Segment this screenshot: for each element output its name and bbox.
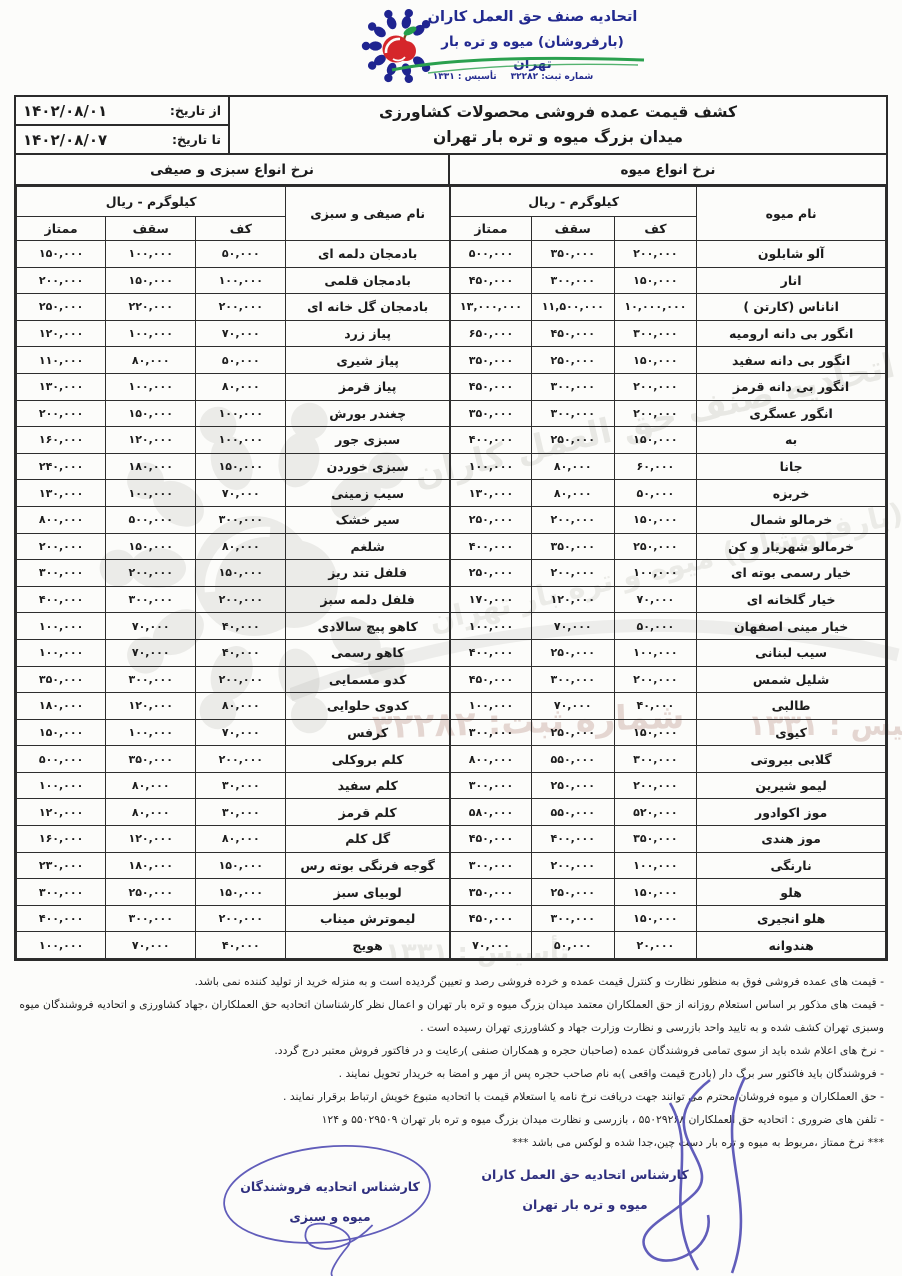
footnote-line: - قیمت های عمده فروشی فوق به منظور نظارت… bbox=[16, 970, 884, 993]
premium-price-cell: ۳۰۰,۰۰۰ bbox=[451, 719, 532, 746]
ceiling-price-cell: ۵۵۰,۰۰۰ bbox=[531, 746, 614, 773]
floor-price-cell: ۲۰۰,۰۰۰ bbox=[196, 294, 286, 321]
product-name-cell: هندوانه bbox=[697, 932, 886, 959]
document-frame: کشف قیمت عمده فروشی محصولات کشاورزی میدا… bbox=[14, 95, 888, 961]
ceiling-price-cell: ۲۵۰,۰۰۰ bbox=[106, 879, 196, 906]
ceiling-price-cell: ۸۰,۰۰۰ bbox=[106, 772, 196, 799]
table-row: کلم سفید۳۰,۰۰۰۸۰,۰۰۰۱۰۰,۰۰۰ bbox=[17, 772, 450, 799]
premium-price-cell: ۱۰۰,۰۰۰ bbox=[451, 453, 532, 480]
ceiling-price-cell: ۱۰۰,۰۰۰ bbox=[106, 480, 196, 507]
ceiling-price-cell: ۱۵۰,۰۰۰ bbox=[106, 267, 196, 294]
product-name-cell: فلفل دلمه سبز bbox=[286, 586, 450, 613]
table-row: بادمجان دلمه ای۵۰,۰۰۰۱۰۰,۰۰۰۱۵۰,۰۰۰ bbox=[17, 241, 450, 268]
letterhead: اتحادیه صنف حق العمل کاران (بارفروشان) م… bbox=[0, 0, 902, 95]
table-row: انار۱۵۰,۰۰۰۳۰۰,۰۰۰۴۵۰,۰۰۰ bbox=[451, 267, 886, 294]
premium-price-cell: ۱۳۰,۰۰۰ bbox=[17, 480, 106, 507]
fruit-floor-header: کف bbox=[614, 217, 697, 241]
floor-price-cell: ۱۵۰,۰۰۰ bbox=[196, 879, 286, 906]
table-row: چغندر بورش۱۰۰,۰۰۰۱۵۰,۰۰۰۲۰۰,۰۰۰ bbox=[17, 400, 450, 427]
floor-price-cell: ۲۰۰,۰۰۰ bbox=[614, 373, 697, 400]
footnote-line: - قیمت های مذکور بر اساس استعلام روزانه … bbox=[16, 993, 884, 1039]
premium-price-cell: ۱۳۰,۰۰۰ bbox=[17, 373, 106, 400]
ceiling-price-cell: ۱۵۰,۰۰۰ bbox=[106, 533, 196, 560]
ceiling-price-cell: ۴۵۰,۰۰۰ bbox=[531, 320, 614, 347]
premium-price-cell: ۸۰۰,۰۰۰ bbox=[451, 746, 532, 773]
premium-price-cell: ۳۵۰,۰۰۰ bbox=[451, 400, 532, 427]
section-header-row: نرخ انواع میوه نرخ انواع سبزی و صیفی bbox=[16, 155, 886, 186]
table-row: فلفل تند ریز۱۵۰,۰۰۰۲۰۰,۰۰۰۳۰۰,۰۰۰ bbox=[17, 560, 450, 587]
floor-price-cell: ۲۰۰,۰۰۰ bbox=[614, 241, 697, 268]
floor-price-cell: ۲۵۰,۰۰۰ bbox=[614, 533, 697, 560]
floor-price-cell: ۸۰,۰۰۰ bbox=[196, 826, 286, 853]
product-name-cell: کلم سفید bbox=[286, 772, 450, 799]
ceiling-price-cell: ۱۲۰,۰۰۰ bbox=[106, 826, 196, 853]
title-block: کشف قیمت عمده فروشی محصولات کشاورزی میدا… bbox=[16, 97, 886, 155]
floor-price-cell: ۷۰,۰۰۰ bbox=[196, 480, 286, 507]
floor-price-cell: ۱۰۰,۰۰۰ bbox=[614, 852, 697, 879]
premium-price-cell: ۱۵۰,۰۰۰ bbox=[17, 241, 106, 268]
product-name-cell: هویج bbox=[286, 932, 450, 959]
product-name-cell: لیمو شیرین bbox=[697, 772, 886, 799]
table-row: گلابی بیروتی۳۰۰,۰۰۰۵۵۰,۰۰۰۸۰۰,۰۰۰ bbox=[451, 746, 886, 773]
product-name-cell: خیار رسمی بوته ای bbox=[697, 560, 886, 587]
premium-price-cell: ۲۰۰,۰۰۰ bbox=[17, 267, 106, 294]
premium-price-cell: ۱۰۰,۰۰۰ bbox=[17, 772, 106, 799]
product-name-cell: اناناس (کارتن ) bbox=[697, 294, 886, 321]
table-row: خیار مینی اصفهان۵۰,۰۰۰۷۰,۰۰۰۱۰۰,۰۰۰ bbox=[451, 613, 886, 640]
product-name-cell: لوبیای سبز bbox=[286, 879, 450, 906]
premium-price-cell: ۱۳۰,۰۰۰ bbox=[451, 480, 532, 507]
premium-price-cell: ۴۰۰,۰۰۰ bbox=[451, 533, 532, 560]
premium-price-cell: ۱۶۰,۰۰۰ bbox=[17, 826, 106, 853]
right-signature-title: کارشناس اتحادیه حق العمل کاران میوه و تر… bbox=[455, 1160, 715, 1220]
right-signature-line2: میوه و تره بار تهران bbox=[455, 1190, 715, 1220]
floor-price-cell: ۱۰۰,۰۰۰ bbox=[196, 400, 286, 427]
title-line1: کشف قیمت عمده فروشی محصولات کشاورزی bbox=[379, 100, 737, 125]
from-date-row: از تاریخ: ۱۴۰۲/۰۸/۰۱ bbox=[16, 97, 228, 124]
product-name-cell: انگور بی دانه ارومیه bbox=[697, 320, 886, 347]
product-name-cell: گلابی بیروتی bbox=[697, 746, 886, 773]
floor-price-cell: ۵۰,۰۰۰ bbox=[196, 347, 286, 374]
premium-price-cell: ۷۰,۰۰۰ bbox=[451, 932, 532, 959]
premium-price-cell: ۴۰۰,۰۰۰ bbox=[17, 905, 106, 932]
ceiling-price-cell: ۴۰۰,۰۰۰ bbox=[531, 826, 614, 853]
premium-price-cell: ۱۱۰,۰۰۰ bbox=[17, 347, 106, 374]
ceiling-price-cell: ۲۰۰,۰۰۰ bbox=[106, 560, 196, 587]
veg-section-header: نرخ انواع سبزی و صیفی bbox=[16, 155, 448, 184]
table-row: خربزه۵۰,۰۰۰۸۰,۰۰۰۱۳۰,۰۰۰ bbox=[451, 480, 886, 507]
from-date-label: از تاریخ: bbox=[170, 103, 221, 118]
product-name-cell: لیموترش میناب bbox=[286, 905, 450, 932]
to-date-value: ۱۴۰۲/۰۸/۰۷ bbox=[23, 131, 107, 149]
table-row: کاهو پیچ سالادی۴۰,۰۰۰۷۰,۰۰۰۱۰۰,۰۰۰ bbox=[17, 613, 450, 640]
premium-price-cell: ۴۵۰,۰۰۰ bbox=[451, 905, 532, 932]
table-row: کلم قرمز۳۰,۰۰۰۸۰,۰۰۰۱۲۰,۰۰۰ bbox=[17, 799, 450, 826]
premium-price-cell: ۶۵۰,۰۰۰ bbox=[451, 320, 532, 347]
floor-price-cell: ۴۰,۰۰۰ bbox=[196, 932, 286, 959]
ceiling-price-cell: ۱۸۰,۰۰۰ bbox=[106, 852, 196, 879]
floor-price-cell: ۱۵۰,۰۰۰ bbox=[614, 719, 697, 746]
ceiling-price-cell: ۸۰,۰۰۰ bbox=[531, 480, 614, 507]
floor-price-cell: ۱۵۰,۰۰۰ bbox=[614, 879, 697, 906]
ceiling-price-cell: ۲۵۰,۰۰۰ bbox=[531, 719, 614, 746]
product-name-cell: انار bbox=[697, 267, 886, 294]
table-row: سیر خشک۳۰۰,۰۰۰۵۰۰,۰۰۰۸۰۰,۰۰۰ bbox=[17, 506, 450, 533]
premium-price-cell: ۴۵۰,۰۰۰ bbox=[451, 267, 532, 294]
table-row: انگور بی دانه سفید۱۵۰,۰۰۰۲۵۰,۰۰۰۳۵۰,۰۰۰ bbox=[451, 347, 886, 374]
table-row: خرمالو شمال۱۵۰,۰۰۰۲۰۰,۰۰۰۲۵۰,۰۰۰ bbox=[451, 506, 886, 533]
table-row: هندوانه۲۰,۰۰۰۵۰,۰۰۰۷۰,۰۰۰ bbox=[451, 932, 886, 959]
floor-price-cell: ۳۰۰,۰۰۰ bbox=[614, 320, 697, 347]
ceiling-price-cell: ۱۱,۵۰۰,۰۰۰ bbox=[531, 294, 614, 321]
product-name-cell: بادمجان دلمه ای bbox=[286, 241, 450, 268]
premium-price-cell: ۴۵۰,۰۰۰ bbox=[451, 666, 532, 693]
table-row: خیار گلخانه ای۷۰,۰۰۰۱۲۰,۰۰۰۱۷۰,۰۰۰ bbox=[451, 586, 886, 613]
table-row: انگور بی دانه ارومیه۳۰۰,۰۰۰۴۵۰,۰۰۰۶۵۰,۰۰… bbox=[451, 320, 886, 347]
ceiling-price-cell: ۲۵۰,۰۰۰ bbox=[531, 639, 614, 666]
ceiling-price-cell: ۷۰,۰۰۰ bbox=[106, 639, 196, 666]
table-row: سیب زمینی۷۰,۰۰۰۱۰۰,۰۰۰۱۳۰,۰۰۰ bbox=[17, 480, 450, 507]
table-row: پیاز شیری۵۰,۰۰۰۸۰,۰۰۰۱۱۰,۰۰۰ bbox=[17, 347, 450, 374]
ceiling-price-cell: ۵۵۰,۰۰۰ bbox=[531, 799, 614, 826]
ceiling-price-cell: ۱۰۰,۰۰۰ bbox=[106, 373, 196, 400]
ceiling-price-cell: ۲۰۰,۰۰۰ bbox=[531, 506, 614, 533]
ceiling-price-cell: ۳۰۰,۰۰۰ bbox=[106, 586, 196, 613]
premium-price-cell: ۲۵۰,۰۰۰ bbox=[451, 560, 532, 587]
premium-price-cell: ۱۰۰,۰۰۰ bbox=[451, 613, 532, 640]
ceiling-price-cell: ۵۰۰,۰۰۰ bbox=[106, 506, 196, 533]
premium-price-cell: ۲۰۰,۰۰۰ bbox=[17, 400, 106, 427]
premium-price-cell: ۳۵۰,۰۰۰ bbox=[451, 347, 532, 374]
product-name-cell: خیار مینی اصفهان bbox=[697, 613, 886, 640]
floor-price-cell: ۵۲۰,۰۰۰ bbox=[614, 799, 697, 826]
floor-price-cell: ۱۵۰,۰۰۰ bbox=[614, 905, 697, 932]
product-name-cell: نارنگی bbox=[697, 852, 886, 879]
price-list-document: اتحادیه صنف حق العمل کاران (بارفروشان) م… bbox=[0, 0, 902, 1276]
product-name-cell: شلیل شمس bbox=[697, 666, 886, 693]
floor-price-cell: ۵۰,۰۰۰ bbox=[614, 613, 697, 640]
premium-price-cell: ۱۶۰,۰۰۰ bbox=[17, 427, 106, 454]
veg-price-table: نام صیفی و سبزی کیلوگرم - ریال کف سقف مم… bbox=[16, 186, 450, 959]
ceiling-price-cell: ۲۵۰,۰۰۰ bbox=[531, 772, 614, 799]
table-row: طالبی۴۰,۰۰۰۷۰,۰۰۰۱۰۰,۰۰۰ bbox=[451, 693, 886, 720]
ceiling-price-cell: ۲۵۰,۰۰۰ bbox=[531, 347, 614, 374]
table-row: به۱۵۰,۰۰۰۲۵۰,۰۰۰۴۰۰,۰۰۰ bbox=[451, 427, 886, 454]
premium-price-cell: ۱۰۰,۰۰۰ bbox=[17, 639, 106, 666]
product-name-cell: آلو شابلون bbox=[697, 241, 886, 268]
fruit-price-table: نام میوه کیلوگرم - ریال کف سقف ممتاز آلو… bbox=[450, 186, 886, 959]
ceiling-price-cell: ۱۰۰,۰۰۰ bbox=[106, 719, 196, 746]
floor-price-cell: ۲۰۰,۰۰۰ bbox=[614, 772, 697, 799]
premium-price-cell: ۴۵۰,۰۰۰ bbox=[451, 826, 532, 853]
premium-price-cell: ۲۰۰,۰۰۰ bbox=[17, 533, 106, 560]
product-name-cell: سیب زمینی bbox=[286, 480, 450, 507]
floor-price-cell: ۱۵۰,۰۰۰ bbox=[614, 267, 697, 294]
ceiling-price-cell: ۷۰,۰۰۰ bbox=[106, 613, 196, 640]
table-row: موز اکوادور۵۲۰,۰۰۰۵۵۰,۰۰۰۵۸۰,۰۰۰ bbox=[451, 799, 886, 826]
premium-price-cell: ۱۸۰,۰۰۰ bbox=[17, 693, 106, 720]
product-name-cell: کاهو پیچ سالادی bbox=[286, 613, 450, 640]
table-row: بادمجان قلمی۱۰۰,۰۰۰۱۵۰,۰۰۰۲۰۰,۰۰۰ bbox=[17, 267, 450, 294]
ceiling-price-cell: ۳۰۰,۰۰۰ bbox=[106, 666, 196, 693]
table-row: فلفل دلمه سبز۲۰۰,۰۰۰۳۰۰,۰۰۰۴۰۰,۰۰۰ bbox=[17, 586, 450, 613]
floor-price-cell: ۲۰۰,۰۰۰ bbox=[196, 666, 286, 693]
table-row: آلو شابلون۲۰۰,۰۰۰۳۵۰,۰۰۰۵۰۰,۰۰۰ bbox=[451, 241, 886, 268]
premium-price-cell: ۸۰۰,۰۰۰ bbox=[17, 506, 106, 533]
table-row: هلو۱۵۰,۰۰۰۲۵۰,۰۰۰۳۵۰,۰۰۰ bbox=[451, 879, 886, 906]
floor-price-cell: ۱۵۰,۰۰۰ bbox=[196, 852, 286, 879]
ceiling-price-cell: ۳۰۰,۰۰۰ bbox=[106, 905, 196, 932]
table-row: موز هندی۳۵۰,۰۰۰۴۰۰,۰۰۰۴۵۰,۰۰۰ bbox=[451, 826, 886, 853]
table-row: شلیل شمس۲۰۰,۰۰۰۳۰۰,۰۰۰۴۵۰,۰۰۰ bbox=[451, 666, 886, 693]
product-name-cell: پیاز قرمز bbox=[286, 373, 450, 400]
table-row: کاهو رسمی۴۰,۰۰۰۷۰,۰۰۰۱۰۰,۰۰۰ bbox=[17, 639, 450, 666]
product-name-cell: انگور عسگری bbox=[697, 400, 886, 427]
ceiling-price-cell: ۷۰,۰۰۰ bbox=[531, 693, 614, 720]
fruit-section-header: نرخ انواع میوه bbox=[448, 155, 886, 184]
left-signature-line2: میوه و سبزی bbox=[210, 1202, 450, 1232]
premium-price-cell: ۲۴۰,۰۰۰ bbox=[17, 453, 106, 480]
product-name-cell: پیاز زرد bbox=[286, 320, 450, 347]
floor-price-cell: ۷۰,۰۰۰ bbox=[196, 320, 286, 347]
floor-price-cell: ۳۰۰,۰۰۰ bbox=[614, 746, 697, 773]
premium-price-cell: ۳۵۰,۰۰۰ bbox=[17, 666, 106, 693]
premium-price-cell: ۱۲۰,۰۰۰ bbox=[17, 799, 106, 826]
product-name-cell: کیوی bbox=[697, 719, 886, 746]
table-row: انگور بی دانه قرمز۲۰۰,۰۰۰۳۰۰,۰۰۰۴۵۰,۰۰۰ bbox=[451, 373, 886, 400]
ceiling-price-cell: ۳۵۰,۰۰۰ bbox=[106, 746, 196, 773]
table-row: کدوی حلوایی۸۰,۰۰۰۱۲۰,۰۰۰۱۸۰,۰۰۰ bbox=[17, 693, 450, 720]
premium-price-cell: ۳۵۰,۰۰۰ bbox=[451, 879, 532, 906]
ceiling-price-cell: ۳۰۰,۰۰۰ bbox=[531, 400, 614, 427]
premium-price-cell: ۱۰۰,۰۰۰ bbox=[17, 932, 106, 959]
premium-price-cell: ۱۰۰,۰۰۰ bbox=[17, 613, 106, 640]
floor-price-cell: ۳۰۰,۰۰۰ bbox=[196, 506, 286, 533]
ceiling-price-cell: ۱۲۰,۰۰۰ bbox=[106, 693, 196, 720]
floor-price-cell: ۱۵۰,۰۰۰ bbox=[196, 560, 286, 587]
table-row: لیمو شیرین۲۰۰,۰۰۰۲۵۰,۰۰۰۳۰۰,۰۰۰ bbox=[451, 772, 886, 799]
veg-ceiling-header: سقف bbox=[106, 217, 196, 241]
product-name-cell: کدو مسمایی bbox=[286, 666, 450, 693]
floor-price-cell: ۲۰۰,۰۰۰ bbox=[196, 905, 286, 932]
floor-price-cell: ۱۰۰,۰۰۰ bbox=[196, 427, 286, 454]
product-name-cell: موز هندی bbox=[697, 826, 886, 853]
ceiling-price-cell: ۲۰۰,۰۰۰ bbox=[531, 560, 614, 587]
table-row: سیب لبنانی۱۰۰,۰۰۰۲۵۰,۰۰۰۴۰۰,۰۰۰ bbox=[451, 639, 886, 666]
ceiling-price-cell: ۳۰۰,۰۰۰ bbox=[531, 267, 614, 294]
ceiling-price-cell: ۱۵۰,۰۰۰ bbox=[106, 400, 196, 427]
table-row: خیار رسمی بوته ای۱۰۰,۰۰۰۲۰۰,۰۰۰۲۵۰,۰۰۰ bbox=[451, 560, 886, 587]
product-name-cell: جانا bbox=[697, 453, 886, 480]
table-row: کلم بروکلی۲۰۰,۰۰۰۳۵۰,۰۰۰۵۰۰,۰۰۰ bbox=[17, 746, 450, 773]
floor-price-cell: ۷۰,۰۰۰ bbox=[196, 719, 286, 746]
product-name-cell: شلغم bbox=[286, 533, 450, 560]
ceiling-price-cell: ۸۰,۰۰۰ bbox=[106, 799, 196, 826]
floor-price-cell: ۴۰,۰۰۰ bbox=[196, 613, 286, 640]
table-row: هلو انجیری۱۵۰,۰۰۰۳۰۰,۰۰۰۴۵۰,۰۰۰ bbox=[451, 905, 886, 932]
product-name-cell: چغندر بورش bbox=[286, 400, 450, 427]
product-name-cell: هلو bbox=[697, 879, 886, 906]
table-row: جانا۶۰,۰۰۰۸۰,۰۰۰۱۰۰,۰۰۰ bbox=[451, 453, 886, 480]
to-date-label: تا تاریخ: bbox=[172, 132, 221, 147]
product-name-cell: سبزی جور bbox=[286, 427, 450, 454]
premium-price-cell: ۳۰۰,۰۰۰ bbox=[17, 560, 106, 587]
product-name-cell: پیاز شیری bbox=[286, 347, 450, 374]
table-row: لوبیای سبز۱۵۰,۰۰۰۲۵۰,۰۰۰۳۰۰,۰۰۰ bbox=[17, 879, 450, 906]
premium-price-cell: ۲۳۰,۰۰۰ bbox=[17, 852, 106, 879]
premium-price-cell: ۴۰۰,۰۰۰ bbox=[17, 586, 106, 613]
floor-price-cell: ۱۵۰,۰۰۰ bbox=[614, 347, 697, 374]
footnote-line: - نرخ های اعلام شده باید از سوی تمامی فر… bbox=[16, 1039, 884, 1062]
ceiling-price-cell: ۱۲۰,۰۰۰ bbox=[106, 427, 196, 454]
floor-price-cell: ۴۰,۰۰۰ bbox=[196, 639, 286, 666]
floor-price-cell: ۸۰,۰۰۰ bbox=[196, 373, 286, 400]
premium-price-cell: ۲۵۰,۰۰۰ bbox=[17, 294, 106, 321]
floor-price-cell: ۲۰۰,۰۰۰ bbox=[614, 666, 697, 693]
table-row: انگور عسگری۲۰۰,۰۰۰۳۰۰,۰۰۰۳۵۰,۰۰۰ bbox=[451, 400, 886, 427]
to-date-row: تا تاریخ: ۱۴۰۲/۰۸/۰۷ bbox=[16, 124, 228, 153]
floor-price-cell: ۵۰,۰۰۰ bbox=[196, 241, 286, 268]
premium-price-cell: ۱۲۰,۰۰۰ bbox=[17, 320, 106, 347]
floor-price-cell: ۱۵۰,۰۰۰ bbox=[614, 427, 697, 454]
product-name-cell: سیر خشک bbox=[286, 506, 450, 533]
ceiling-price-cell: ۱۰۰,۰۰۰ bbox=[106, 320, 196, 347]
floor-price-cell: ۷۰,۰۰۰ bbox=[614, 586, 697, 613]
premium-price-cell: ۱۳,۰۰۰,۰۰۰ bbox=[451, 294, 532, 321]
floor-price-cell: ۱۰۰,۰۰۰ bbox=[614, 560, 697, 587]
registration-number: شماره ثبت: ۳۲۲۸۲ bbox=[511, 72, 594, 82]
premium-price-cell: ۴۰۰,۰۰۰ bbox=[451, 427, 532, 454]
floor-price-cell: ۱۰۰,۰۰۰ bbox=[196, 267, 286, 294]
product-name-cell: کلم قرمز bbox=[286, 799, 450, 826]
ceiling-price-cell: ۷۰,۰۰۰ bbox=[531, 613, 614, 640]
premium-price-cell: ۴۵۰,۰۰۰ bbox=[451, 373, 532, 400]
product-name-cell: سبزی خوردن bbox=[286, 453, 450, 480]
product-name-cell: خیار گلخانه ای bbox=[697, 586, 886, 613]
floor-price-cell: ۵۰,۰۰۰ bbox=[614, 480, 697, 507]
veg-name-header: نام صیفی و سبزی bbox=[286, 187, 450, 241]
ceiling-price-cell: ۸۰,۰۰۰ bbox=[531, 453, 614, 480]
ceiling-price-cell: ۳۰۰,۰۰۰ bbox=[531, 666, 614, 693]
org-name-line1: اتحادیه صنف حق العمل کاران bbox=[420, 6, 645, 28]
product-name-cell: خرمالو شهریار و کن bbox=[697, 533, 886, 560]
ceiling-price-cell: ۵۰,۰۰۰ bbox=[531, 932, 614, 959]
floor-price-cell: ۲۰,۰۰۰ bbox=[614, 932, 697, 959]
veg-premium-header: ممتاز bbox=[17, 217, 106, 241]
ceiling-price-cell: ۸۰,۰۰۰ bbox=[106, 347, 196, 374]
fruit-ceiling-header: سقف bbox=[531, 217, 614, 241]
left-signature-line1: کارشناس اتحادیه فروشندگان bbox=[210, 1172, 450, 1202]
fruit-name-header: نام میوه bbox=[697, 187, 886, 241]
product-name-cell: کرفس bbox=[286, 719, 450, 746]
product-name-cell: بادمجان گل خانه ای bbox=[286, 294, 450, 321]
table-row: کیوی۱۵۰,۰۰۰۲۵۰,۰۰۰۳۰۰,۰۰۰ bbox=[451, 719, 886, 746]
ceiling-price-cell: ۳۵۰,۰۰۰ bbox=[531, 533, 614, 560]
product-name-cell: موز اکوادور bbox=[697, 799, 886, 826]
table-row: بادمجان گل خانه ای۲۰۰,۰۰۰۲۲۰,۰۰۰۲۵۰,۰۰۰ bbox=[17, 294, 450, 321]
fruit-premium-header: ممتاز bbox=[451, 217, 532, 241]
table-row: اناناس (کارتن )۱۰,۰۰۰,۰۰۰۱۱,۵۰۰,۰۰۰۱۳,۰۰… bbox=[451, 294, 886, 321]
premium-price-cell: ۱۰۰,۰۰۰ bbox=[451, 693, 532, 720]
floor-price-cell: ۲۰۰,۰۰۰ bbox=[196, 746, 286, 773]
ceiling-price-cell: ۷۰,۰۰۰ bbox=[106, 932, 196, 959]
premium-price-cell: ۳۰۰,۰۰۰ bbox=[17, 879, 106, 906]
product-name-cell: کاهو رسمی bbox=[286, 639, 450, 666]
ceiling-price-cell: ۲۲۰,۰۰۰ bbox=[106, 294, 196, 321]
premium-price-cell: ۴۰۰,۰۰۰ bbox=[451, 639, 532, 666]
product-name-cell: به bbox=[697, 427, 886, 454]
date-box: از تاریخ: ۱۴۰۲/۰۸/۰۱ تا تاریخ: ۱۴۰۲/۰۸/۰… bbox=[16, 97, 228, 153]
product-name-cell: کدوی حلوایی bbox=[286, 693, 450, 720]
ceiling-price-cell: ۱۲۰,۰۰۰ bbox=[531, 586, 614, 613]
premium-price-cell: ۳۰۰,۰۰۰ bbox=[451, 852, 532, 879]
premium-price-cell: ۵۸۰,۰۰۰ bbox=[451, 799, 532, 826]
ceiling-price-cell: ۲۵۰,۰۰۰ bbox=[531, 879, 614, 906]
floor-price-cell: ۱۰۰,۰۰۰ bbox=[614, 639, 697, 666]
floor-price-cell: ۴۰,۰۰۰ bbox=[614, 693, 697, 720]
document-title: کشف قیمت عمده فروشی محصولات کشاورزی میدا… bbox=[228, 97, 886, 153]
product-name-cell: فلفل تند ریز bbox=[286, 560, 450, 587]
veg-unit-header: کیلوگرم - ریال bbox=[17, 187, 286, 217]
table-row: هویج۴۰,۰۰۰۷۰,۰۰۰۱۰۰,۰۰۰ bbox=[17, 932, 450, 959]
product-name-cell: انگور بی دانه سفید bbox=[697, 347, 886, 374]
floor-price-cell: ۳۰,۰۰۰ bbox=[196, 799, 286, 826]
floor-price-cell: ۸۰,۰۰۰ bbox=[196, 533, 286, 560]
fruit-unit-header: کیلوگرم - ریال bbox=[451, 187, 697, 217]
floor-price-cell: ۱۰,۰۰۰,۰۰۰ bbox=[614, 294, 697, 321]
premium-price-cell: ۵۰۰,۰۰۰ bbox=[451, 241, 532, 268]
ceiling-price-cell: ۲۰۰,۰۰۰ bbox=[531, 852, 614, 879]
floor-price-cell: ۳۰,۰۰۰ bbox=[196, 772, 286, 799]
left-signature-title: کارشناس اتحادیه فروشندگان میوه و سبزی bbox=[210, 1172, 450, 1232]
establishment-year: تأسیس : ۱۳۳۱ bbox=[433, 72, 497, 82]
table-row: پیاز قرمز۸۰,۰۰۰۱۰۰,۰۰۰۱۳۰,۰۰۰ bbox=[17, 373, 450, 400]
table-row: پیاز زرد۷۰,۰۰۰۱۰۰,۰۰۰۱۲۰,۰۰۰ bbox=[17, 320, 450, 347]
product-name-cell: گل کلم bbox=[286, 826, 450, 853]
table-row: لیموترش میناب۲۰۰,۰۰۰۳۰۰,۰۰۰۴۰۰,۰۰۰ bbox=[17, 905, 450, 932]
table-row: کدو مسمایی۲۰۰,۰۰۰۳۰۰,۰۰۰۳۵۰,۰۰۰ bbox=[17, 666, 450, 693]
premium-price-cell: ۲۵۰,۰۰۰ bbox=[451, 506, 532, 533]
premium-price-cell: ۳۰۰,۰۰۰ bbox=[451, 772, 532, 799]
ceiling-price-cell: ۳۰۰,۰۰۰ bbox=[531, 373, 614, 400]
floor-price-cell: ۲۰۰,۰۰۰ bbox=[614, 400, 697, 427]
product-name-cell: کلم بروکلی bbox=[286, 746, 450, 773]
product-name-cell: خرمالو شمال bbox=[697, 506, 886, 533]
premium-price-cell: ۵۰۰,۰۰۰ bbox=[17, 746, 106, 773]
title-line2: میدان بزرگ میوه و تره بار تهران bbox=[433, 125, 683, 150]
ceiling-price-cell: ۳۰۰,۰۰۰ bbox=[531, 905, 614, 932]
product-name-cell: انگور بی دانه قرمز bbox=[697, 373, 886, 400]
product-name-cell: گوجه فرنگی بوته رس bbox=[286, 852, 450, 879]
product-name-cell: خربزه bbox=[697, 480, 886, 507]
floor-price-cell: ۱۵۰,۰۰۰ bbox=[614, 506, 697, 533]
floor-price-cell: ۱۵۰,۰۰۰ bbox=[196, 453, 286, 480]
table-row: گل کلم۸۰,۰۰۰۱۲۰,۰۰۰۱۶۰,۰۰۰ bbox=[17, 826, 450, 853]
ceiling-price-cell: ۱۸۰,۰۰۰ bbox=[106, 453, 196, 480]
table-row: سبزی خوردن۱۵۰,۰۰۰۱۸۰,۰۰۰۲۴۰,۰۰۰ bbox=[17, 453, 450, 480]
right-signature-line1: کارشناس اتحادیه حق العمل کاران bbox=[455, 1160, 715, 1190]
floor-price-cell: ۲۰۰,۰۰۰ bbox=[196, 586, 286, 613]
ceiling-price-cell: ۲۵۰,۰۰۰ bbox=[531, 427, 614, 454]
product-name-cell: بادمجان قلمی bbox=[286, 267, 450, 294]
premium-price-cell: ۱۷۰,۰۰۰ bbox=[451, 586, 532, 613]
from-date-value: ۱۴۰۲/۰۸/۰۱ bbox=[23, 102, 107, 120]
product-name-cell: سیب لبنانی bbox=[697, 639, 886, 666]
table-row: کرفس۷۰,۰۰۰۱۰۰,۰۰۰۱۵۰,۰۰۰ bbox=[17, 719, 450, 746]
table-row: شلغم۸۰,۰۰۰۱۵۰,۰۰۰۲۰۰,۰۰۰ bbox=[17, 533, 450, 560]
table-row: نارنگی۱۰۰,۰۰۰۲۰۰,۰۰۰۳۰۰,۰۰۰ bbox=[451, 852, 886, 879]
product-name-cell: طالبی bbox=[697, 693, 886, 720]
